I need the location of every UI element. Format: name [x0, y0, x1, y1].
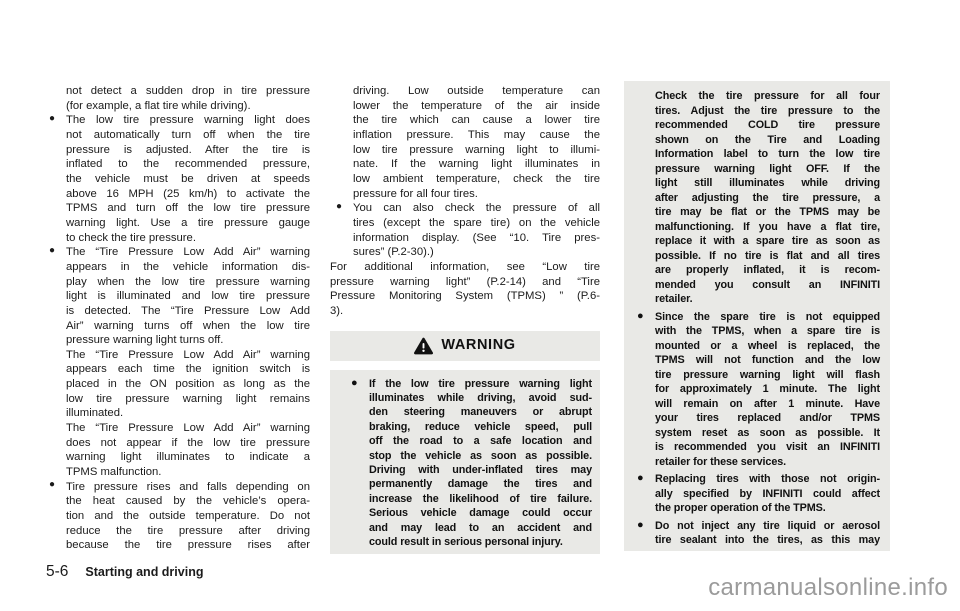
text-line: could result in serious personal injury.: [369, 535, 592, 549]
text-line: will remain on after 1 minute. Have: [655, 397, 880, 412]
bullet-item: ●You can also check the pressure of allt…: [353, 201, 600, 260]
text-line: permanently damage the tires and: [369, 477, 592, 491]
text-line: low tire pressure warning light to illum…: [353, 143, 600, 158]
bullet-item: ●If the low tire pressure warning lighti…: [369, 377, 592, 550]
text-line: You can also check the pressure of all: [353, 201, 600, 216]
bullet-dot: ●: [49, 478, 55, 493]
text-line: pressure warning light OFF. If the: [655, 162, 880, 177]
middle-column-text: driving. Low outside temperature canlowe…: [330, 84, 600, 319]
text-line: reduce the tire pressure after driving: [66, 524, 310, 539]
text-line: appears each time the ignition switch is: [66, 362, 310, 377]
text-line: lower the temperature of the air inside: [353, 99, 600, 114]
text-line: to check the tire pressure.: [66, 231, 310, 246]
text-line: not detect a sudden drop in tire pressur…: [66, 84, 310, 99]
text-line: If the low tire pressure warning light: [369, 377, 592, 391]
text-line: Pressure Monitoring System (TPMS) ” (P.6…: [330, 289, 600, 304]
text-line: are properly inflated, it is recom-: [655, 263, 880, 278]
text-line: For additional information, see “Low tir…: [330, 260, 600, 275]
warning-header: WARNING: [330, 331, 600, 361]
text-line: information display. (See “10. Tire pres…: [353, 231, 600, 246]
text-line: tire pressure warning light will flash: [655, 368, 880, 383]
bullet-item: ●Replacing tires with those not origin-a…: [655, 472, 880, 516]
text-line: den steering maneuvers or abrupt: [369, 405, 592, 419]
text-line: Air” warning turns off when the low tire: [66, 319, 310, 334]
text-line: tire may be flat or the TPMS may be: [655, 205, 880, 220]
text-line: after adjusting the tire pressure, a: [655, 191, 880, 206]
text-line: Since the spare tire is not equipped: [655, 310, 880, 325]
text-line: your tires replaced and/or TPMS: [655, 411, 880, 426]
text-line: 3).: [330, 304, 600, 319]
text-line: light still illuminates while driving: [655, 176, 880, 191]
text-line: replace it with a spare tire as soon as: [655, 234, 880, 249]
text-line: illuminates while driving, avoid sud-: [369, 391, 592, 405]
text-line: pressure warning light” (P.2-14) and “Ti…: [330, 275, 600, 290]
text-line: Check the tire pressure for all four: [655, 89, 880, 104]
text-line: off the road to a safe location and: [369, 434, 592, 448]
warning-title: WARNING: [441, 338, 515, 353]
text-line: is detected. The “Tire Pressure Low Add: [66, 304, 310, 319]
text-line: warning light. Use a tire pressure gauge: [66, 216, 310, 231]
column-middle: driving. Low outside temperature canlowe…: [330, 84, 600, 554]
text-line: Serious vehicle damage could occur: [369, 506, 592, 520]
text-line: The “Tire Pressure Low Add Air” warning: [66, 348, 310, 363]
bullet-dot: ●: [336, 200, 342, 215]
text-line: and may lead to an accident and: [369, 521, 592, 535]
text-line: Driving with under-inflated tires may: [369, 463, 592, 477]
warning-triangle-icon: [414, 337, 433, 355]
paragraph: not detect a sudden drop in tire pressur…: [66, 84, 310, 113]
text-line: inflation pressure. This may cause the: [353, 128, 600, 143]
text-line: TPMS will not function and the low: [655, 353, 880, 368]
column-right-warning-panel: Check the tire pressure for all fourtire…: [624, 81, 890, 551]
bullet-dot: ●: [637, 309, 644, 324]
text-line: pressure warning light turns off.: [66, 333, 310, 348]
bullet-dot: ●: [49, 244, 55, 259]
text-line: play when the low tire pressure warning: [66, 275, 310, 290]
paragraph: The “Tire Pressure Low Add Air” warninga…: [66, 348, 310, 421]
text-line: The low tire pressure warning light does: [66, 113, 310, 128]
warning-body: ●If the low tire pressure warning lighti…: [330, 370, 600, 555]
text-line: inflated to the recommended pressure,: [66, 157, 310, 172]
text-line: the heat caused by the vehicle’s opera-: [66, 494, 310, 509]
bullet-dot: ●: [637, 471, 644, 486]
text-line: sures” (P.2-30).): [353, 245, 600, 260]
text-line: system reset as soon as possible. It: [655, 426, 880, 441]
text-line: (for example, a flat tire while driving)…: [66, 99, 310, 114]
text-line: mended you consult an INFINITI: [655, 278, 880, 293]
page-number: 5-6: [46, 563, 68, 581]
page-footer: 5-6 Starting and driving: [46, 563, 203, 581]
text-line: low ambient temperature, check the tire: [353, 172, 600, 187]
column-left: not detect a sudden drop in tire pressur…: [46, 84, 310, 553]
text-line: Information label to turn the low tire: [655, 147, 880, 162]
text-line: ally specified by INFINITI could affect: [655, 487, 880, 502]
text-line: tires. Adjust the tire pressure to the: [655, 104, 880, 119]
bullet-dot: ●: [49, 112, 55, 127]
manual-page: not detect a sudden drop in tire pressur…: [0, 0, 960, 611]
text-line: above 16 MPH (25 km/h) to activate the: [66, 187, 310, 202]
text-line: shown on the Tire and Loading: [655, 133, 880, 148]
text-line: recommended COLD tire pressure: [655, 118, 880, 133]
bullet-item: ●Tire pressure rises and falls depending…: [66, 480, 310, 553]
text-line: increase the likelihood of tire failure.: [369, 492, 592, 506]
text-line: TPMS malfunction.: [66, 465, 310, 480]
section-title: Starting and driving: [85, 565, 203, 579]
text-line: does not appear if the low tire pressure: [66, 436, 310, 451]
paragraph: The “Tire Pressure Low Add Air” warningd…: [66, 421, 310, 480]
text-line: is recommended you visit an INFINITI: [655, 440, 880, 455]
text-line: the vehicle must be driven at speeds: [66, 172, 310, 187]
text-line: low tire pressure warning light remains: [66, 392, 310, 407]
bullet-item: ●Do not inject any tire liquid or aeroso…: [655, 519, 880, 548]
text-line: malfunctioning. If you have a flat tire,: [655, 220, 880, 235]
text-line: TPMS and turn off the low tire pressure: [66, 201, 310, 216]
text-line: pressure for all four tires.: [353, 187, 600, 202]
text-line: not automatically turn off when the tire: [66, 128, 310, 143]
text-line: appears in the vehicle information dis-: [66, 260, 310, 275]
text-line: tire sealant into the tires, as this may: [655, 533, 880, 548]
paragraph: For additional information, see “Low tir…: [330, 260, 600, 319]
text-line: Replacing tires with those not origin-: [655, 472, 880, 487]
text-line: driving. Low outside temperature can: [353, 84, 600, 99]
text-line: the tire which can cause a lower tire: [353, 113, 600, 128]
paragraph: driving. Low outside temperature canlowe…: [353, 84, 600, 201]
text-line: mounted or a wheel is replaced, the: [655, 339, 880, 354]
text-line: possible. If no tire is flat and all tir…: [655, 249, 880, 264]
text-line: The “Tire Pressure Low Add Air” warning: [66, 245, 310, 260]
text-line: retailer for these services.: [655, 455, 880, 470]
watermark: carmanualsonline.info: [708, 574, 948, 602]
paragraph: Check the tire pressure for all fourtire…: [655, 89, 880, 307]
text-line: with the TPMS, when a spare tire is: [655, 324, 880, 339]
text-line: braking, reduce vehicle speed, pull: [369, 420, 592, 434]
bullet-item: ●The “Tire Pressure Low Add Air” warning…: [66, 245, 310, 348]
text-line: the proper operation of the TPMS.: [655, 501, 880, 516]
text-line: Do not inject any tire liquid or aerosol: [655, 519, 880, 534]
bullet-dot: ●: [637, 518, 644, 533]
text-line: retailer.: [655, 292, 880, 307]
text-line: warning light illuminates to indicate a: [66, 450, 310, 465]
bullet-item: ●The low tire pressure warning light doe…: [66, 113, 310, 245]
text-line: The “Tire Pressure Low Add Air” warning: [66, 421, 310, 436]
text-line: tires (except the spare tire) on the veh…: [353, 216, 600, 231]
text-line: for approximately 1 minute. The light: [655, 382, 880, 397]
text-line: pressure is adjusted. After the tire is: [66, 143, 310, 158]
text-line: stop the vehicle as soon as possible.: [369, 449, 592, 463]
text-line: because the tire pressure rises after: [66, 538, 310, 553]
text-line: placed in the ON position as long as the: [66, 377, 310, 392]
text-line: Tire pressure rises and falls depending …: [66, 480, 310, 495]
text-line: tion and the outside temperature. Do not: [66, 509, 310, 524]
text-line: nate. If the warning light illuminates i…: [353, 157, 600, 172]
text-line: illuminated.: [66, 406, 310, 421]
text-line: light is illuminated and low tire pressu…: [66, 289, 310, 304]
bullet-dot: ●: [351, 376, 358, 390]
bullet-item: ●Since the spare tire is not equippedwit…: [655, 310, 880, 470]
